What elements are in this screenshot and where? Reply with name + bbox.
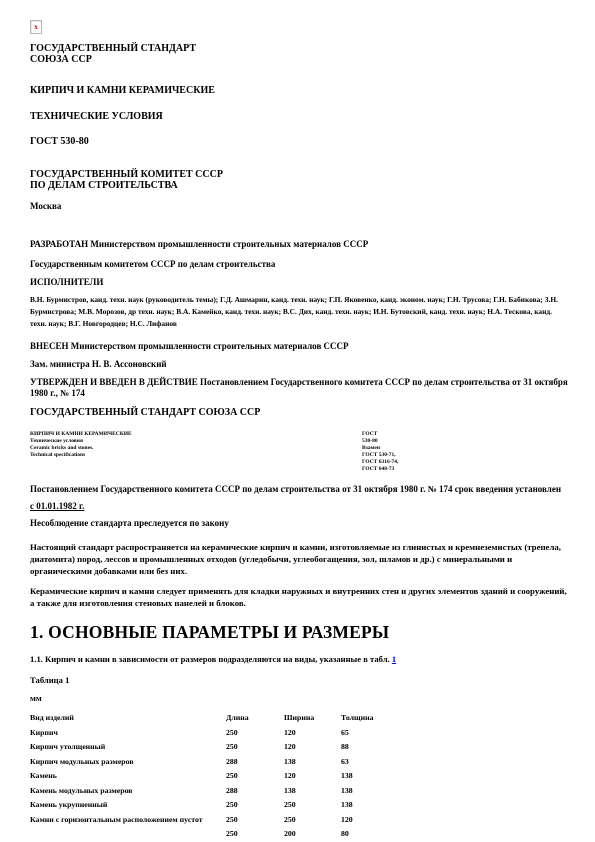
table-cell-type: Камень	[30, 769, 226, 784]
gost-number: ГОСТ 530-80	[30, 136, 567, 147]
table-row: Камень250120138	[30, 769, 567, 784]
table-cell-dimension: 88	[341, 740, 401, 755]
city-label: Москва	[30, 201, 567, 212]
table-cell-dimension: 250	[226, 798, 284, 813]
table-cell-dimension: 138	[284, 755, 341, 770]
vzamen-item: ГОСТ 530-71,	[362, 452, 398, 459]
enactment-date: с 01.01.1982 г.	[30, 501, 567, 512]
intro-paragraph-2: Керамические кирпич и камни следует прим…	[30, 585, 570, 609]
goskomitet-line: Государственным комитетом СССР по делам …	[30, 259, 567, 270]
table-1-header-row: Вид изделий Длина Ширина Толщина	[30, 711, 567, 726]
table-cell-dimension: 80	[341, 827, 401, 842]
table-cell-type	[30, 827, 226, 842]
intro-paragraph-1: Настоящий стандарт распространяется на к…	[30, 541, 570, 577]
table-cell-dimension: 250	[226, 813, 284, 828]
standard-org-header: ГОСУДАРСТВЕННЫЙ СТАНДАРТ СОЮЗА ССР	[30, 43, 567, 65]
law-notice: Несоблюдение стандарта преследуется по з…	[30, 518, 567, 529]
table-cell-dimension: 250	[226, 827, 284, 842]
table-cell-type: Камень модульных размеров	[30, 784, 226, 799]
standard-title-en1: Ceramic bricks and stones.	[30, 445, 360, 452]
table-1-header-width: Ширина	[284, 711, 341, 726]
table-row: Камни с горизонтальным расположением пус…	[30, 813, 567, 828]
table-1: Вид изделий Длина Ширина Толщина Кирпич2…	[30, 711, 567, 842]
vnesen-line: ВНЕСЕН Министерством промышленности стро…	[30, 341, 567, 352]
table-row: Кирпич утолщенный25012088	[30, 740, 567, 755]
utverzhden-line: УТВЕРЖДЕН И ВВЕДЕН В ДЕЙСТВИЕ Постановле…	[30, 377, 575, 399]
ispolniteli-list: В.Н. Бурмистров, канд. техн. наук (руков…	[30, 294, 567, 330]
table-cell-dimension: 63	[341, 755, 401, 770]
table-cell-dimension: 138	[341, 769, 401, 784]
table-row: Камень модульных размеров288138138	[30, 784, 567, 799]
standard-title-ru: Технические условия	[30, 438, 360, 445]
table-cell-type: Камень укрупненный	[30, 798, 226, 813]
table-1-header-type: Вид изделий	[30, 711, 226, 726]
clause-1-1: 1.1. Кирпич и камни в зависимости от раз…	[30, 654, 567, 665]
broken-image-x-glyph: x	[34, 24, 38, 31]
standard-title-en2: Technical specifications	[30, 452, 360, 459]
vzamen-list: ГОСТ 530-71,ГОСТ 6316-74,ГОСТ 648-73	[362, 452, 398, 473]
standard-title-caps: КИРПИЧ И КАМНИ КЕРАМИЧЕСКИЕ	[30, 431, 360, 438]
table-cell-dimension: 200	[284, 827, 341, 842]
table-cell-dimension: 138	[341, 784, 401, 799]
table-1-header-thickness: Толщина	[341, 711, 401, 726]
gost-label: ГОСТ	[362, 431, 398, 438]
table-cell-type: Кирпич модульных размеров	[30, 755, 226, 770]
document-title: КИРПИЧ И КАМНИ КЕРАМИЧЕСКИЕ	[30, 85, 567, 96]
table-1-unit: мм	[30, 693, 567, 703]
table-cell-dimension: 138	[341, 798, 401, 813]
table-1-caption: Таблица 1	[30, 675, 567, 685]
document-subtitle: ТЕХНИЧЕСКИЕ УСЛОВИЯ	[30, 111, 567, 122]
razrabotan-line: РАЗРАБОТАН Министерством промышленности …	[30, 239, 567, 250]
table-cell-dimension: 65	[341, 726, 401, 741]
document-page: x ГОСУДАРСТВЕННЫЙ СТАНДАРТ СОЮЗА ССР КИР…	[0, 0, 595, 842]
org-line-1: ГОСУДАРСТВЕННЫЙ СТАНДАРТ	[30, 43, 567, 54]
table-cell-dimension: 250	[226, 769, 284, 784]
table-row: Камень укрупненный250250138	[30, 798, 567, 813]
vzamen-item: ГОСТ 648-73	[362, 466, 398, 473]
ispolniteli-label: ИСПОЛНИТЕЛИ	[30, 277, 567, 288]
table-cell-dimension: 250	[284, 813, 341, 828]
table-row: Кирпич25012065	[30, 726, 567, 741]
table-cell-dimension: 138	[284, 784, 341, 799]
standard-title-left: КИРПИЧ И КАМНИ КЕРАМИЧЕСКИЕ Технические …	[30, 431, 360, 473]
standard-caps-line: ГОСУДАРСТВЕННЫЙ СТАНДАРТ СОЮЗА ССР	[30, 407, 567, 418]
gost-num: 530-80	[362, 438, 398, 445]
table-cell-dimension: 250	[226, 740, 284, 755]
table-cell-dimension: 120	[284, 740, 341, 755]
table-row: 25020080	[30, 827, 567, 842]
table-row: Кирпич модульных размеров28813863	[30, 755, 567, 770]
vzamen-label: Взамен	[362, 445, 398, 452]
table-cell-type: Кирпич утолщенный	[30, 740, 226, 755]
committee-header: ГОСУДАРСТВЕННЫЙ КОМИТЕТ СССР ПО ДЕЛАМ СТ…	[30, 169, 567, 191]
section-1-heading: 1. ОСНОВНЫЕ ПАРАМЕТРЫ И РАЗМЕРЫ	[30, 621, 567, 643]
zam-ministra-line: Зам. министра Н. В. Ассоновский	[30, 359, 567, 370]
table-cell-type: Камни с горизонтальным расположением пус…	[30, 813, 226, 828]
table-1-rows: Кирпич25012065Кирпич утолщенный25012088К…	[30, 726, 567, 842]
standard-title-right: ГОСТ 530-80 Взамен ГОСТ 530-71,ГОСТ 6316…	[362, 431, 398, 473]
standard-title-block: КИРПИЧ И КАМНИ КЕРАМИЧЕСКИЕ Технические …	[30, 431, 567, 473]
table-cell-dimension: 250	[284, 798, 341, 813]
broken-image-icon: x	[30, 20, 42, 34]
table-cell-dimension: 250	[226, 726, 284, 741]
org-line-2: СОЮЗА ССР	[30, 54, 567, 65]
table-1-header-length: Длина	[226, 711, 284, 726]
vzamen-item: ГОСТ 6316-74,	[362, 459, 398, 466]
enactment-text: Постановлением Государственного комитета…	[30, 484, 575, 495]
clause-1-1-text: 1.1. Кирпич и камни в зависимости от раз…	[30, 654, 392, 664]
table-cell-dimension: 120	[341, 813, 401, 828]
table-cell-dimension: 288	[226, 755, 284, 770]
table-cell-dimension: 120	[284, 769, 341, 784]
table-cell-dimension: 288	[226, 784, 284, 799]
table-cell-dimension: 120	[284, 726, 341, 741]
table-1-link[interactable]: 1	[392, 654, 396, 664]
committee-line-1: ГОСУДАРСТВЕННЫЙ КОМИТЕТ СССР	[30, 169, 567, 180]
committee-line-2: ПО ДЕЛАМ СТРОИТЕЛЬСТВА	[30, 180, 567, 191]
table-cell-type: Кирпич	[30, 726, 226, 741]
